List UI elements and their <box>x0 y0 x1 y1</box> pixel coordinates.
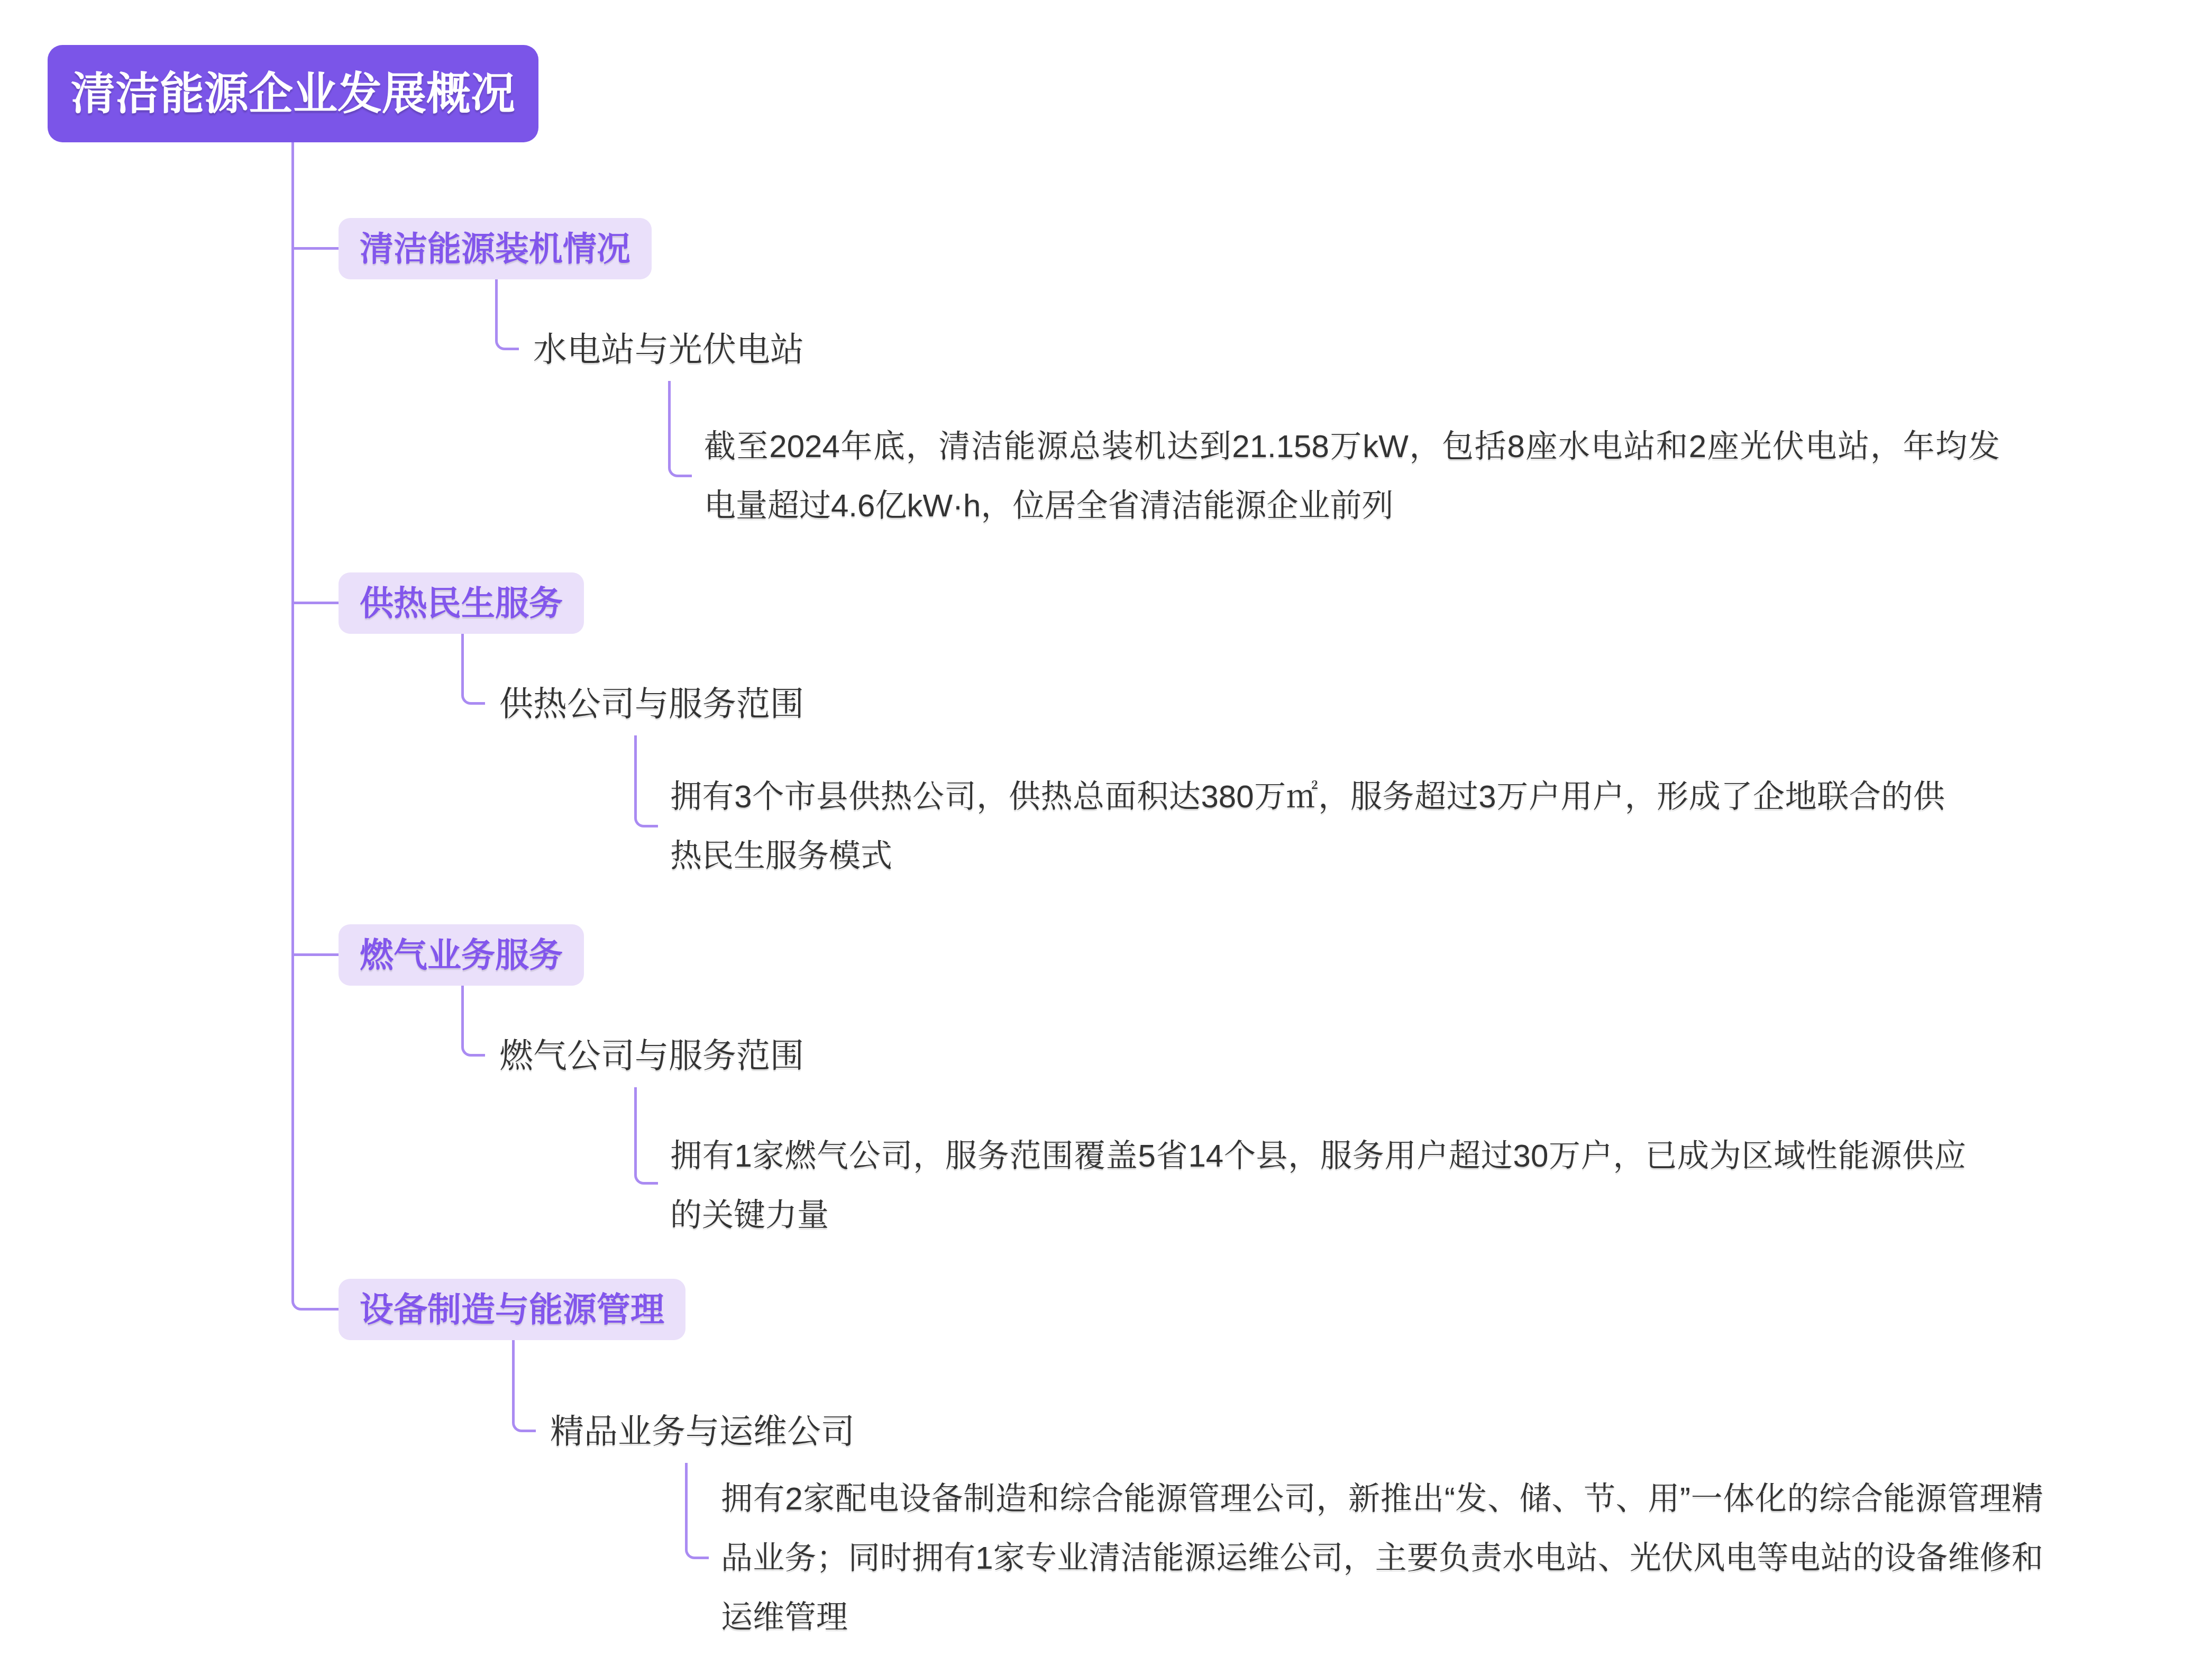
detail-text[interactable]: 拥有1家燃气公司，服务范围覆盖5省14个县，服务用户超过30万户，已成为区域性能… <box>670 1126 1966 1245</box>
root-node[interactable]: 清洁能源企业发展概况 <box>48 45 538 142</box>
root-label: 清洁能源企业发展概况 <box>71 69 515 119</box>
child-connector-elbow <box>512 1340 536 1432</box>
detail-text[interactable]: 截至2024年底，清洁能源总装机达到21.158万kW，包括8座水电站和2座光伏… <box>704 417 2000 535</box>
sub-topic[interactable]: 燃气公司与服务范围 <box>499 1039 804 1072</box>
branch-node-equipment-energy-mgmt[interactable]: 设备制造与能源管理 <box>339 1279 685 1340</box>
branch-label: 清洁能源装机情况 <box>360 230 630 268</box>
branch-node-heating-service[interactable]: 供热民生服务 <box>339 572 584 634</box>
detail-text[interactable]: 拥有3个市县供热公司，供热总面积达380万㎡，服务超过3万户用户，形成了企地联合… <box>670 767 1945 886</box>
child-connector-elbow <box>495 279 519 350</box>
detail-connector-elbow <box>685 1463 709 1559</box>
branch-connector-elbow <box>291 1296 339 1311</box>
branch-connector-line <box>291 247 339 250</box>
branch-label: 燃气业务服务 <box>360 936 563 974</box>
branch-node-installed-capacity[interactable]: 清洁能源装机情况 <box>339 218 652 279</box>
detail-connector-elbow <box>634 1087 658 1185</box>
detail-connector-elbow <box>634 735 658 827</box>
branch-label: 设备制造与能源管理 <box>360 1290 664 1329</box>
child-connector-elbow <box>461 986 485 1057</box>
detail-connector-elbow <box>668 381 692 477</box>
child-connector-elbow <box>461 634 485 705</box>
detail-text[interactable]: 拥有2家配电设备制造和综合能源管理公司，新推出“发、储、节、用”一体化的综合能源… <box>721 1469 2043 1647</box>
sub-topic[interactable]: 精品业务与运维公司 <box>550 1414 855 1448</box>
branch-node-gas-service[interactable]: 燃气业务服务 <box>339 924 584 986</box>
trunk-line <box>291 142 294 1296</box>
mindmap-canvas: 清洁能源企业发展概况 清洁能源装机情况 水电站与光伏电站 截至2024年底，清洁… <box>0 0 2212 1656</box>
branch-label: 供热民生服务 <box>360 584 563 622</box>
sub-topic[interactable]: 供热公司与服务范围 <box>499 687 804 721</box>
sub-topic[interactable]: 水电站与光伏电站 <box>533 332 804 366</box>
branch-connector-line <box>291 602 339 604</box>
branch-connector-line <box>291 953 339 956</box>
